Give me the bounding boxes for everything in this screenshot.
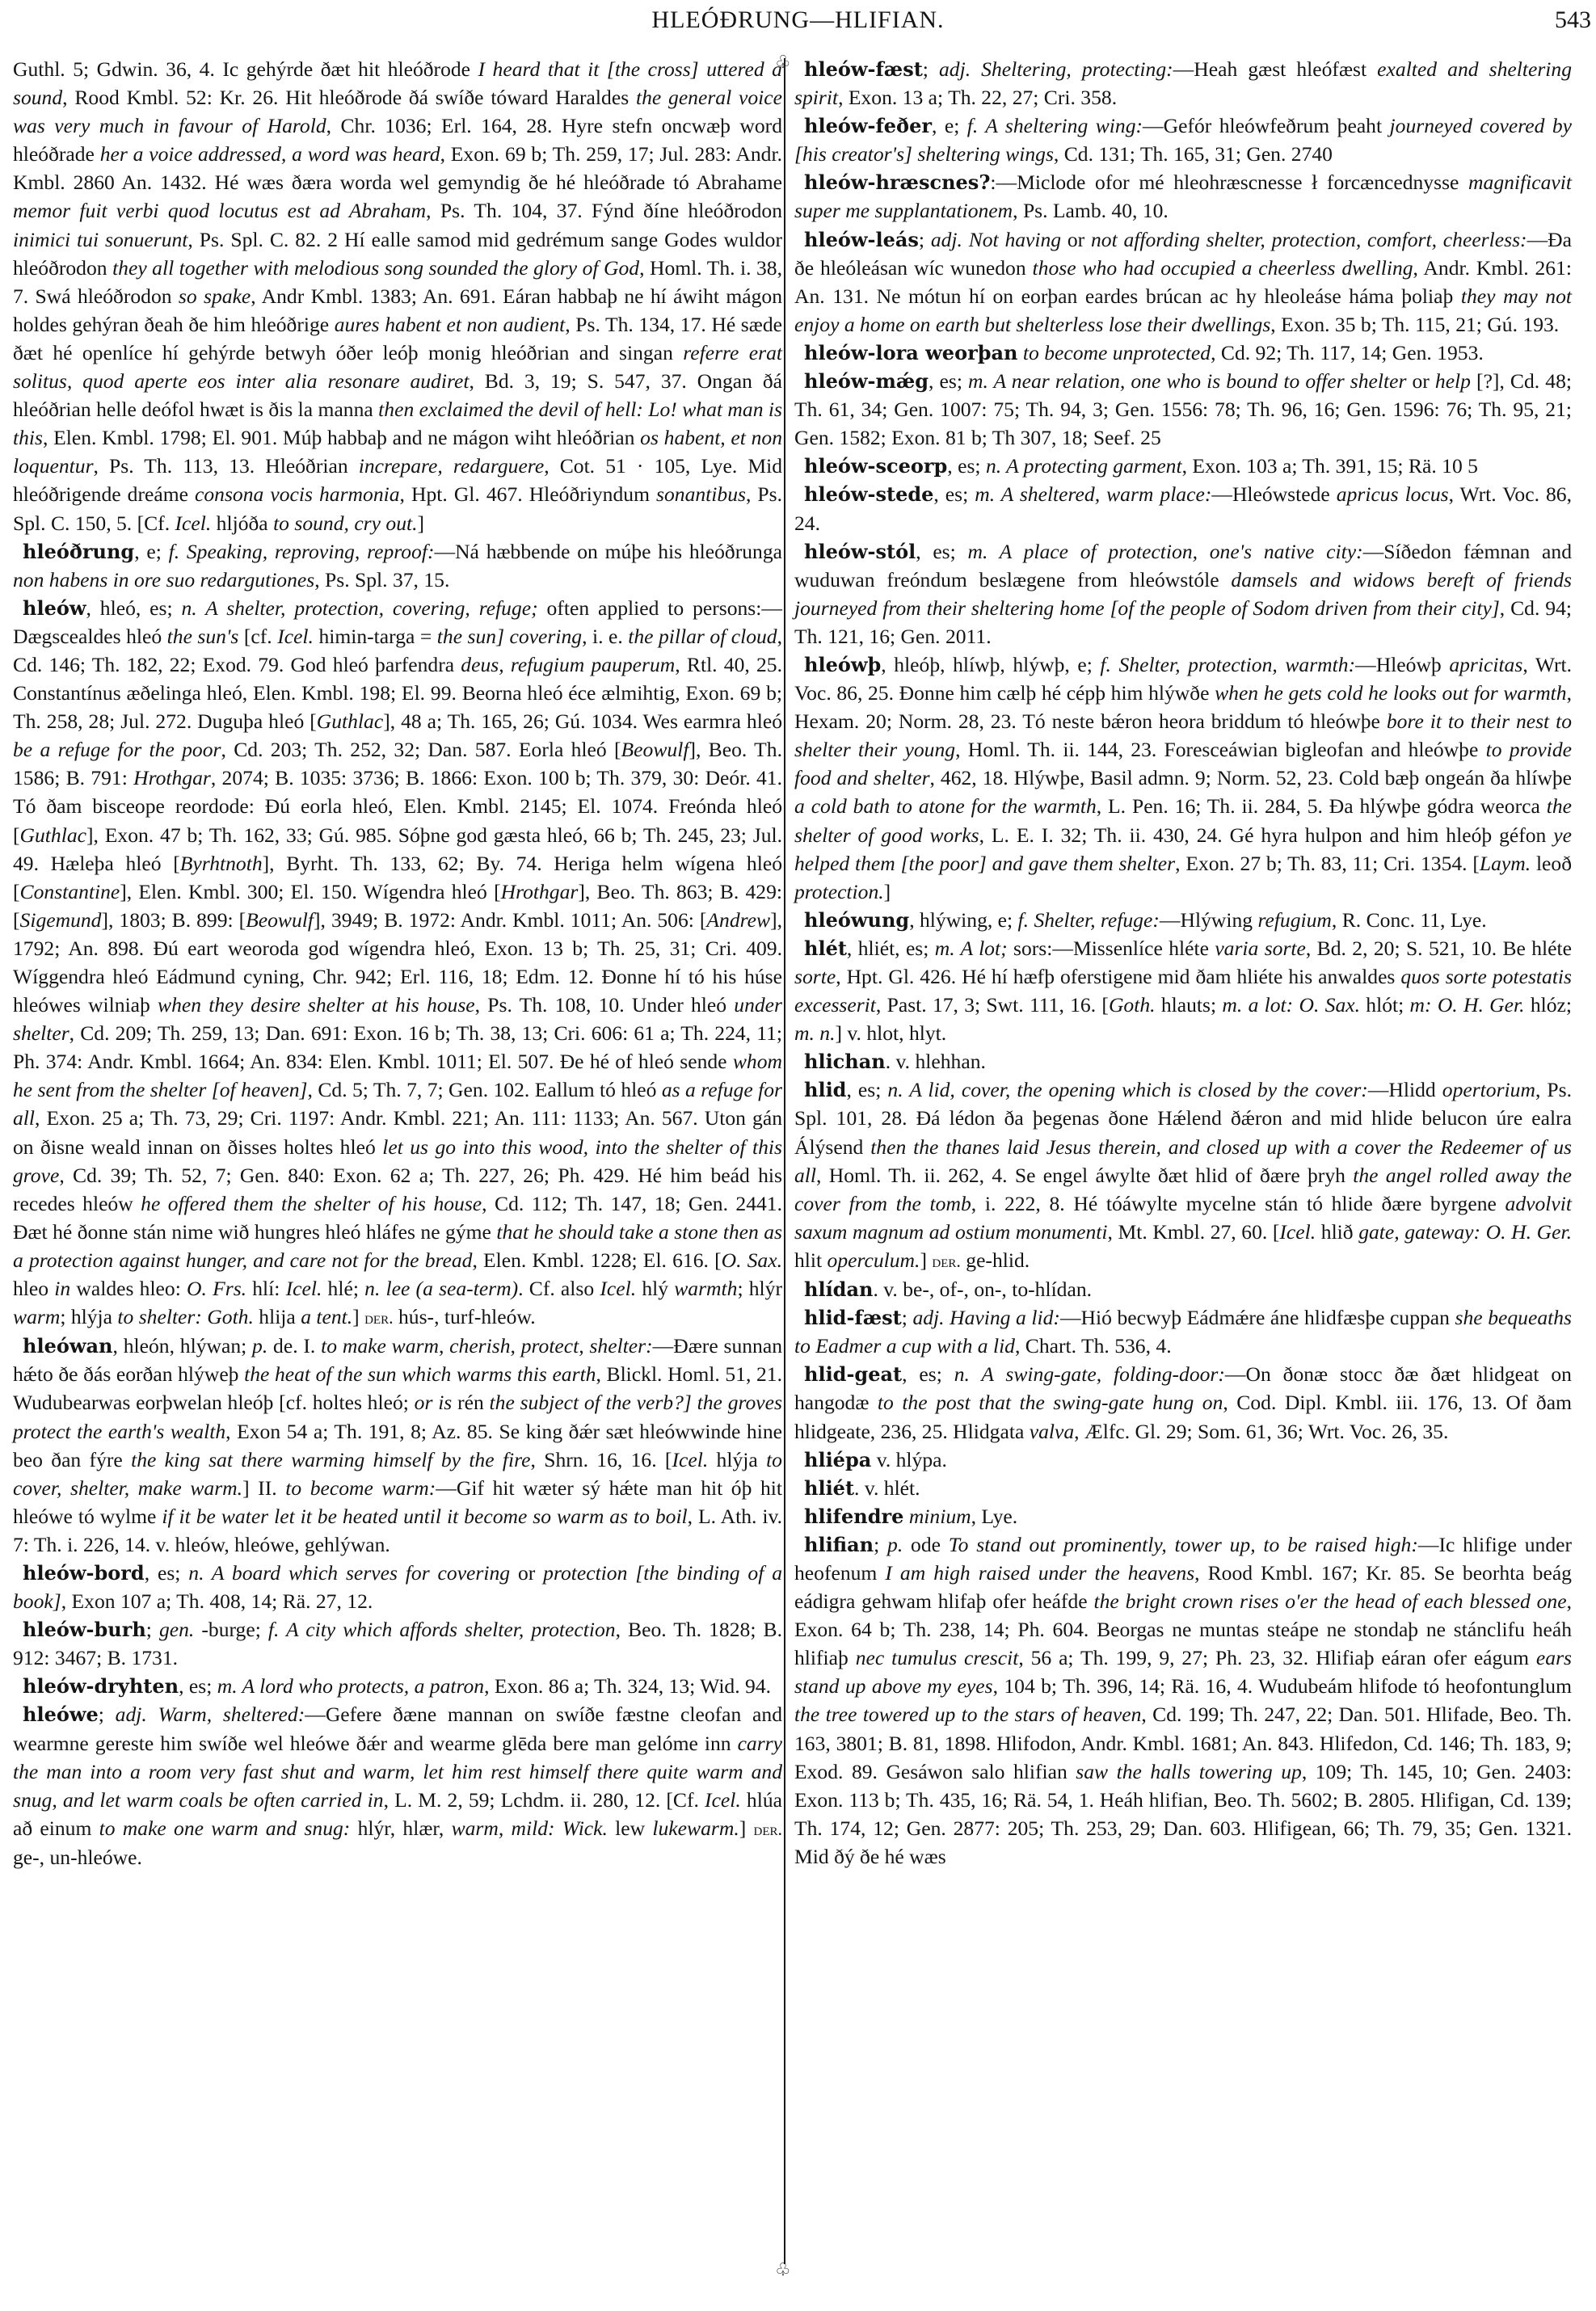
entry-text: ; <box>919 228 931 251</box>
gloss-italic: he offered them the shelter of his house <box>141 1192 482 1215</box>
entry-text: , L. Pen. 16; Th. ii. 284, 5. Ða hlýwþe … <box>1097 794 1547 818</box>
dictionary-entry: hleów-stól, es; m. A place of protection… <box>794 537 1572 650</box>
gloss-italic: gen. <box>159 1618 194 1641</box>
entry-text: Guthl. 5; Gdwin. 36, 4. Ic gehýrde ðæt h… <box>13 57 478 81</box>
dictionary-entry: hlid, es; n. A lid, cover, the opening w… <box>794 1076 1572 1275</box>
dictionary-entry: hlídan. v. be-, of-, on-, to-hlídan. <box>794 1275 1572 1303</box>
entry-text: , Shrn. 16, 16. [ <box>531 1448 672 1471</box>
headword: hleów-fæst <box>804 57 923 81</box>
dictionary-entry: hleów-dryhten, es; m. A lord who protect… <box>13 1672 782 1700</box>
entry-text: , 56 a; Th. 199, 9, 27; Ph. 23, 32. Hlif… <box>1018 1646 1536 1669</box>
derivation-label: der. <box>932 1251 961 1271</box>
gloss-italic: a tent. <box>301 1305 352 1328</box>
entry-text: , Bd. 2, 20; S. 521, 10. Be hléte <box>1306 937 1572 960</box>
gloss-italic: the pillar of cloud <box>628 625 777 648</box>
headword: hleówþ <box>804 653 881 676</box>
entry-text: or <box>1406 369 1434 393</box>
gloss-italic: valva <box>1030 1420 1074 1443</box>
entry-text: , hleóþ, hlíwþ, hlýwþ, e; <box>881 653 1100 676</box>
gloss-italic: those who had occupied a cheerless dwell… <box>1033 256 1413 280</box>
entry-text: —Hlýwing <box>1160 908 1258 932</box>
gloss-italic: inimici tui sonuerunt <box>13 228 187 251</box>
entry-text: —Hleówstede <box>1211 482 1336 506</box>
dictionary-entry: Guthl. 5; Gdwin. 36, 4. Ic gehýrde ðæt h… <box>13 55 782 537</box>
headword: hlid-geat <box>804 1362 902 1386</box>
entry-text: . v. be-, of-, on-, to-hlídan. <box>873 1278 1092 1301</box>
gloss-italic: n. A swing-gate, folding-door: <box>954 1362 1225 1386</box>
gloss-italic: adj. Warm, sheltered: <box>116 1703 305 1726</box>
entry-text: , Elen. Kmbl. 1228; El. 616. [ <box>472 1248 721 1272</box>
entry-text: sors:—Missenlíce hléte <box>1008 937 1215 960</box>
entry-text: ] <box>920 1248 932 1272</box>
gloss-italic: to make one warm and snug: <box>99 1816 351 1840</box>
gloss-italic: the sun's <box>167 625 239 648</box>
gloss-italic: Icel. <box>175 511 212 535</box>
gloss-italic: to become unprotected <box>1023 341 1211 364</box>
gloss-italic: Icel. <box>1279 1220 1316 1244</box>
gloss-italic: warmth <box>674 1277 737 1300</box>
entry-text: , es; <box>145 1561 189 1585</box>
gloss-italic: f. Speaking, reproving, reproof: <box>169 540 435 563</box>
gloss-italic: to make warm, cherish, protect, shelter: <box>321 1334 653 1358</box>
entry-text: ge-, un-hleówe. <box>13 1846 142 1869</box>
gloss-italic: n. lee (a sea-term) <box>364 1277 518 1300</box>
gloss-italic: nec tumulus crescit <box>856 1646 1019 1669</box>
derivation-label: der. <box>754 1819 783 1839</box>
headword: hlichan <box>804 1050 886 1073</box>
entry-text: , Exon. 103 a; Th. 391, 15; Rä. 10 5 <box>1182 454 1478 478</box>
entry-text: , Homl. Th. ii. 262, 4. Se engel áwylte … <box>816 1164 1353 1187</box>
headword: hleów-bord <box>23 1561 145 1585</box>
headword: hlifendre <box>804 1505 903 1528</box>
dictionary-entry: hleówe; adj. Warm, sheltered:—Gefere ðæn… <box>13 1700 782 1871</box>
gloss-italic: Guthlac <box>317 709 383 733</box>
entry-text: , i. 222, 8. Hé tóáwylte mycelne stán tó… <box>971 1192 1505 1215</box>
entry-text: ] v. hlot, hlyt. <box>835 1021 946 1045</box>
gloss-italic: p. <box>887 1533 903 1556</box>
entry-text: , Exon. 27 b; Th. 83, 11; Cri. 1354. [ <box>1175 852 1480 875</box>
gloss-italic: Goth. <box>1109 993 1156 1017</box>
entry-text: ; <box>874 1533 887 1556</box>
gloss-italic: a cold bath to atone for the warmth <box>794 794 1097 818</box>
entry-text: , es; <box>846 1078 887 1101</box>
gloss-italic: minium <box>909 1505 971 1528</box>
gloss-italic: to the post that the swing-gate hung on <box>878 1391 1223 1414</box>
gloss-italic: to shelter: Goth. <box>117 1305 253 1328</box>
headword: hleówe <box>23 1703 99 1726</box>
entry-text: hlí: <box>246 1277 286 1300</box>
dictionary-entry: hleów-feðer, e; f. A sheltering wing:—Ge… <box>794 112 1572 168</box>
gloss-italic: Laym. <box>1480 852 1531 875</box>
entry-text: , Chart. Th. 536, 4. <box>1015 1334 1172 1358</box>
headword: hleów-stól <box>804 540 916 563</box>
gloss-italic: m. A lord who protects, a patron <box>217 1674 484 1698</box>
entry-text: ge-hlid. <box>961 1248 1030 1272</box>
dictionary-entry: hleów-fæst; adj. Sheltering, protecting:… <box>794 55 1572 112</box>
entry-text: , Cd. 203; Th. 252, 32; Dan. 587. Eorla … <box>221 738 621 761</box>
entry-text: , Hpt. Gl. 426. Hé hí hæfþ oferstigene m… <box>836 965 1400 988</box>
gloss-italic: adj. Not having <box>931 228 1061 251</box>
gloss-italic: to sound, cry out. <box>273 511 417 535</box>
dictionary-entry: hlid-geat, es; n. A swing-gate, folding-… <box>794 1360 1572 1445</box>
dictionary-entry: hleów-lora weorþan to become unprotected… <box>794 339 1572 367</box>
gloss-italic: adj. Having a lid: <box>912 1306 1060 1329</box>
gloss-italic: sonantibus <box>656 482 746 506</box>
entry-text: v. hlýpa. <box>871 1448 947 1471</box>
entry-text: de. I. <box>267 1334 321 1358</box>
entry-text: hljóða <box>211 511 273 535</box>
gloss-italic: m. a lot: O. Sax. <box>1222 993 1360 1017</box>
gloss-italic: I am high raised under the heavens <box>885 1561 1194 1585</box>
entry-text: . v. hlét. <box>854 1476 920 1500</box>
headword: hleów-mǽg <box>804 369 929 393</box>
gloss-italic: memor fuit verbi quod locutus est ad Abr… <box>13 199 426 222</box>
dictionary-entry: hleów-mǽg, es; m. A near relation, one w… <box>794 367 1572 452</box>
entry-text: ] <box>352 1305 364 1328</box>
headword: hleów-lora weorþan <box>804 341 1018 364</box>
dictionary-entry: hleówþ, hleóþ, hlíwþ, hlýwþ, e; f. Shelt… <box>794 650 1572 906</box>
entry-text: hlið <box>1316 1220 1358 1244</box>
left-column: Guthl. 5; Gdwin. 36, 4. Ic gehýrde ðæt h… <box>13 55 782 1871</box>
dictionary-entry: hleów-hræscnes?:—Miclode ofor mé hleohræ… <box>794 168 1572 225</box>
entry-text: , es; <box>929 369 968 393</box>
entry-text: . v. hlehhan. <box>886 1050 986 1073</box>
entry-text: , 462, 18. Hlýwþe, Basil admn. 9; Norm. … <box>930 766 1572 789</box>
gloss-italic: or is <box>415 1391 453 1414</box>
gloss-italic: Icel. <box>286 1277 322 1300</box>
entry-text: , L. M. 2, 59; Lchdm. ii. 280, 12. [Cf. <box>384 1788 705 1812</box>
dictionary-entry: hleówung, hlýwing, e; f. Shelter, refuge… <box>794 906 1572 934</box>
gloss-italic: apricus locus <box>1337 482 1449 506</box>
entry-text: , Past. 17, 3; Swt. 111, 16. [ <box>876 993 1109 1017</box>
entry-text: , L. E. I. 32; Th. ii. 430, 24. Gé hyra … <box>979 823 1554 847</box>
gloss-italic: sorte <box>794 965 836 988</box>
entry-text: hlit <box>794 1248 827 1272</box>
headword: hleów-burh <box>23 1618 146 1641</box>
entry-text: ], Elen. Kmbl. 300; El. 150. Wígendra hl… <box>120 880 500 903</box>
gloss-italic: Icel. <box>600 1277 636 1300</box>
page-header: HLEÓÐRUNG—HLIFIAN. 543 <box>0 6 1596 39</box>
headword: hlid <box>804 1078 846 1101</box>
gloss-italic: f. A sheltering wing: <box>967 114 1143 137</box>
gloss-italic: the bright crown rises o'er the head of … <box>1093 1589 1566 1613</box>
headword: hlídan <box>804 1278 873 1301</box>
gloss-italic: n. A lid, cover, the opening which is cl… <box>887 1078 1367 1101</box>
gloss-italic: Andrew <box>706 908 770 932</box>
entry-text: , Ps. Lamb. 40, 10. <box>1013 199 1169 222</box>
entry-text: rén <box>452 1391 489 1414</box>
gloss-italic: refugium <box>1257 908 1331 932</box>
entry-text: , Ælfc. Gl. 29; Som. 61, 36; Wrt. Voc. 2… <box>1074 1420 1448 1443</box>
entry-text: —Gefór hleówfeðrum þeaht <box>1143 114 1390 137</box>
gloss-italic: opertorium <box>1442 1078 1535 1101</box>
entry-text: , hleón, hlýwan; <box>113 1334 253 1358</box>
dictionary-entry: hleów-stede, es; m. A sheltered, warm pl… <box>794 480 1572 537</box>
headword: hleówung <box>804 908 909 932</box>
headword: hleów-leás <box>804 228 919 251</box>
entry-text: ] II. <box>242 1476 285 1500</box>
entry-text: —Hió becwyþ Eádmǽre áne hlidfæsþe cuppan <box>1060 1306 1455 1329</box>
entry-text: , es; <box>179 1674 217 1698</box>
gloss-italic: the tree towered up to the stars of heav… <box>794 1703 1141 1726</box>
entry-text: ] <box>884 880 891 903</box>
dictionary-entry: hleów, hleó, es; n. A shelter, protectio… <box>13 594 782 1332</box>
entry-text: ] <box>418 511 425 535</box>
entry-text: or <box>510 1561 543 1585</box>
rule-ornament-top-icon: ♧ <box>775 53 791 71</box>
entry-text: hlý <box>636 1277 674 1300</box>
entry-text: , e; <box>932 114 967 137</box>
entry-text: ode <box>903 1533 949 1556</box>
entry-text: , e; <box>134 540 168 563</box>
headword: hleów-feðer <box>804 114 932 137</box>
entry-text: waldes hleo: <box>70 1277 187 1300</box>
gloss-italic: when he gets cold he looks out for warmt… <box>1215 681 1567 705</box>
gloss-italic: help <box>1435 369 1471 393</box>
entry-text: hlauts; <box>1156 993 1223 1017</box>
entry-text: [cf. <box>238 625 277 648</box>
gloss-italic: gate, gateway: O. H. Ger. <box>1358 1220 1572 1244</box>
dictionary-entry: hlifian; p. ode To stand out prominently… <box>794 1530 1572 1871</box>
gloss-italic: Constantine <box>20 880 120 903</box>
dictionary-entry: hlifendre minium, Lye. <box>794 1502 1572 1530</box>
gloss-italic: operculum. <box>827 1248 920 1272</box>
gloss-italic: in <box>54 1277 70 1300</box>
gloss-italic: n. A board which serves for covering <box>188 1561 510 1585</box>
gloss-italic: Hrothgar <box>133 766 211 789</box>
entry-text: ] <box>739 1816 754 1840</box>
entry-text: , Ps. Spl. 37, 15. <box>314 568 449 591</box>
dictionary-entry: hliépa v. hlýpa. <box>794 1446 1572 1474</box>
entry-text: ; hlýja <box>60 1305 117 1328</box>
gloss-italic: the sun] covering <box>437 625 582 648</box>
dictionary-entry: hleów-burh; gen. -burge; f. A city which… <box>13 1615 782 1672</box>
entry-text: , i. e. <box>582 625 628 648</box>
entry-text: , Exon. 35 b; Th. 115, 21; Gú. 193. <box>1270 313 1559 336</box>
dictionary-entry: hlid-fæst; adj. Having a lid:—Hió becwyþ… <box>794 1303 1572 1360</box>
dictionary-entry: hleów-sceorp, es; n. A protecting garmen… <box>794 452 1572 480</box>
entry-text: , Mt. Kmbl. 27, 60. [ <box>1108 1220 1280 1244</box>
gloss-italic: f. Shelter, protection, warmth: <box>1100 653 1355 676</box>
rule-ornament-bottom-icon: ♧ <box>775 2261 791 2279</box>
headword: hleów-stede <box>804 482 933 506</box>
entry-text: —Hleówþ <box>1355 653 1449 676</box>
gloss-italic: m. A lot; <box>935 937 1008 960</box>
dictionary-entry: hlét, hliét, es; m. A lot; sors:—Missenl… <box>794 934 1572 1047</box>
gloss-italic: adj. Sheltering, protecting: <box>939 57 1173 81</box>
entry-text: , Exon. 86 a; Th. 324, 13; Wid. 94. <box>484 1674 771 1698</box>
gloss-italic: they all together with melodious song so… <box>112 256 639 280</box>
gloss-italic: be a refuge for the poor <box>13 738 221 761</box>
entry-text: hús-, turf-hleów. <box>394 1305 536 1328</box>
entry-text: , es; <box>902 1362 954 1386</box>
entry-text: , hlýwing, e; <box>909 908 1017 932</box>
gloss-italic: f. Shelter, refuge: <box>1018 908 1160 932</box>
entry-text: -burge; <box>194 1618 268 1641</box>
gloss-italic: when they desire shelter at his house <box>158 993 475 1017</box>
entry-text: hlóz; <box>1525 993 1572 1017</box>
entry-text: , hleó, es; <box>86 596 182 620</box>
gloss-italic: Hrothgar <box>501 880 579 903</box>
entry-text: , Cd. 92; Th. 117, 14; Gen. 1953. <box>1211 341 1484 364</box>
gloss-italic: aures habent et non audient <box>335 313 566 336</box>
gloss-italic: m. n. <box>794 1021 835 1045</box>
headword: hleów-hræscnes? <box>804 170 990 194</box>
entry-text: ; <box>923 57 939 81</box>
entry-text: ; hlýr <box>737 1277 782 1300</box>
entry-text: ], 3949; B. 1972: Andr. Kmbl. 1011; An. … <box>314 908 706 932</box>
entry-text: , Cd. 5; Th. 7, 7; Gen. 102. Eallum tó h… <box>308 1078 662 1101</box>
gloss-italic: lukewarm. <box>652 1816 739 1840</box>
entry-text: himin-targa = <box>314 625 437 648</box>
gloss-italic: Icel. <box>705 1788 741 1812</box>
column-divider <box>784 58 785 2264</box>
gloss-italic: increpare, redarguere <box>359 454 544 478</box>
entry-text: :—Miclode ofor mé hleohræscnesse ł forcæ… <box>990 170 1468 194</box>
gloss-italic: m. A near relation, one who is bound to … <box>968 369 1406 393</box>
headword: hlét <box>804 937 847 960</box>
gloss-italic: deus, refugium pauperum <box>461 653 675 676</box>
gloss-italic: non habens in ore suo redargutiones <box>13 568 314 591</box>
gloss-italic: f. A city which affords shelter, protect… <box>268 1618 616 1641</box>
gloss-italic: Sigemund <box>20 908 102 932</box>
gloss-italic: so spake <box>179 284 251 308</box>
gloss-italic: to become warm: <box>285 1476 436 1500</box>
entry-text: ], 48 a; Th. 165, 26; Gú. 1034. Wes earm… <box>383 709 782 733</box>
entry-text: , Exon 107 a; Th. 408, 14; Rä. 27, 12. <box>61 1589 373 1613</box>
derivation-label: der. <box>364 1307 394 1328</box>
gloss-italic: the king sat there warming himself by th… <box>131 1448 530 1471</box>
entry-text: , Elen. Kmbl. 1798; El. 901. Múþ habbaþ … <box>43 426 640 449</box>
headword: hlifian <box>804 1533 874 1556</box>
gloss-italic: warm, mild: Wick. <box>452 1816 608 1840</box>
dictionary-entry: hleówan, hleón, hlýwan; p. de. I. to mak… <box>13 1332 782 1559</box>
headword: hleóðrung <box>23 540 134 563</box>
gloss-italic: warm <box>13 1305 60 1328</box>
entry-text: ], 1803; B. 899: [ <box>101 908 246 932</box>
entry-text: , es; <box>916 540 967 563</box>
entry-text: or <box>1061 228 1091 251</box>
entry-text: hlýr, hlær, <box>350 1816 451 1840</box>
entry-text: , es; <box>947 454 986 478</box>
entry-text: , hliét, es; <box>847 937 935 960</box>
dictionary-entry: hleów-bord, es; n. A board which serves … <box>13 1559 782 1615</box>
entry-text: , Exon. 13 a; Th. 22, 27; Cri. 358. <box>838 86 1117 109</box>
gloss-italic: To stand out prominently, tower up, to b… <box>949 1533 1418 1556</box>
entry-text: , Lye. <box>971 1505 1018 1528</box>
gloss-italic: if it be water let it be heated until it… <box>162 1505 687 1528</box>
gloss-italic: her a voice addressed, a word was heard <box>100 142 440 166</box>
entry-text: , Ps. Th. 104, 37. Fýnd ðíne hleóðrodon <box>426 199 782 222</box>
gloss-italic: m: O. H. Ger. <box>1410 993 1525 1017</box>
dictionary-entry: hleów-leás; adj. Not having or not affor… <box>794 225 1572 339</box>
gloss-italic: Beowulf <box>246 908 314 932</box>
entry-text: —Ná hæbbende on múþe his hleóðrunga <box>434 540 782 563</box>
entry-text: hlýja <box>708 1448 766 1471</box>
dictionary-entry: hliét. v. hlét. <box>794 1474 1572 1502</box>
headword: hleów <box>23 596 86 620</box>
entry-text: , Cd. 209; Th. 259, 13; Dan. 691: Exon. … <box>13 1021 782 1073</box>
gloss-italic: apricitas <box>1449 653 1522 676</box>
gloss-italic: n. A protecting garment <box>986 454 1182 478</box>
headword: hliépa <box>804 1448 871 1471</box>
dictionary-entry: hleóðrung, e; f. Speaking, reproving, re… <box>13 537 782 594</box>
page-number: 543 <box>1555 6 1591 34</box>
gloss-italic: Guthlac <box>20 823 86 847</box>
entry-text: , Ps. Th. 113, 13. Hleóðrian <box>94 454 359 478</box>
entry-text: ; <box>99 1703 116 1726</box>
entry-text: , Hpt. Gl. 467. Hleóðriyndum <box>400 482 656 506</box>
entry-text: hleo <box>13 1277 54 1300</box>
entry-text: lew <box>608 1816 652 1840</box>
gloss-italic: varia sorte <box>1215 937 1306 960</box>
page-title: HLEÓÐRUNG—HLIFIAN. <box>0 6 1596 34</box>
entry-text: hlija <box>254 1305 301 1328</box>
headword: hleówan <box>23 1334 113 1358</box>
gloss-italic: the heat of the sun which warms this ear… <box>244 1362 596 1386</box>
entry-text: hlót; <box>1360 993 1410 1017</box>
gloss-italic: protection. <box>794 880 884 903</box>
entry-text: ; <box>902 1306 913 1329</box>
headword: hleów-sceorp <box>804 454 947 478</box>
gloss-italic: Icel. <box>277 625 314 648</box>
gloss-italic: O. Sax. <box>722 1248 782 1272</box>
entry-text: , R. Conc. 11, Lye. <box>1332 908 1487 932</box>
gloss-italic: Byrhtnoth <box>180 852 263 875</box>
entry-text: leoð <box>1531 852 1572 875</box>
gloss-italic: m. A place of protection, one's native c… <box>968 540 1363 563</box>
gloss-italic: p. <box>252 1334 267 1358</box>
entry-text: , Cd. 131; Th. 165, 31; Gen. 2740 <box>1054 142 1333 166</box>
entry-text: —Hlidd <box>1368 1078 1442 1101</box>
gloss-italic: n. A shelter, protection, covering, refu… <box>182 596 538 620</box>
entry-text: , Homl. Th. ii. 144, 23. Foresceáwian bi… <box>955 738 1486 761</box>
gloss-italic: consona vocis harmonia <box>195 482 400 506</box>
right-column: hleów-fæst; adj. Sheltering, protecting:… <box>794 55 1572 1871</box>
dictionary-entry: hlichan. v. hlehhan. <box>794 1047 1572 1076</box>
entry-text: , 104 b; Th. 396, 14; Rä. 16, 4. Wudubeá… <box>993 1674 1572 1698</box>
headword: hleów-dryhten <box>23 1674 179 1698</box>
entry-text: —Heah gæst hleófæst <box>1173 57 1378 81</box>
gloss-italic: O. Frs. <box>187 1277 246 1300</box>
entry-text: . Cf. also <box>518 1277 600 1300</box>
entry-text: , es; <box>933 482 975 506</box>
gloss-italic: saw the halls towering up <box>1076 1760 1302 1783</box>
gloss-italic: m. A sheltered, warm place: <box>975 482 1211 506</box>
entry-text: hlé; <box>322 1277 364 1300</box>
entry-text: , Rood Kmbl. 52: Kr. 26. Hit hleóðrode ð… <box>62 86 636 109</box>
headword: hliét <box>804 1476 854 1500</box>
headword: hlid-fæst <box>804 1306 902 1329</box>
gloss-italic: not affording shelter, protection, comfo… <box>1091 228 1527 251</box>
entry-text: , Ps. Th. 108, 10. Under hleó <box>475 993 735 1017</box>
gloss-italic: Beowulf <box>621 738 689 761</box>
gloss-italic: Icel. <box>672 1448 708 1471</box>
entry-text: ; <box>146 1618 159 1641</box>
